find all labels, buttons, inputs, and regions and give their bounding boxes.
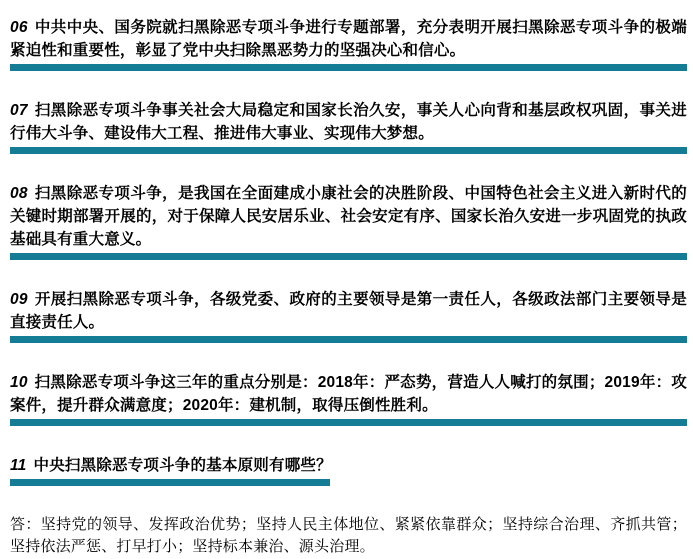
item-number: 09: [10, 291, 28, 308]
item-text: 07扫黑除恶专项斗争事关社会大局稳定和国家长治久安，事关人心向背和基层政权巩固，…: [10, 99, 687, 145]
item-number: 11: [10, 457, 27, 474]
item-body: 中央扫黑除恶专项斗争的基本原则有哪些？: [34, 457, 332, 474]
qa-item-09: 09开展扫黑除恶专项斗争，各级党委、政府的主要领导是第一责任人，各级政法部门主要…: [10, 288, 687, 343]
teal-underline: [10, 64, 687, 71]
item-body: 中共中央、国务院就扫黑除恶专项斗争进行专题部署，充分表明开展扫黑除恶专项斗争的极…: [10, 19, 687, 59]
item-number: 06: [10, 19, 28, 36]
answer-text: 答：坚持党的领导、发挥政治优势；坚持人民主体地位、紧紧依靠群众；坚持综合治理、齐…: [10, 514, 687, 558]
qa-item-07: 07扫黑除恶专项斗争事关社会大局稳定和国家长治久安，事关人心向背和基层政权巩固，…: [10, 99, 687, 154]
document-page: 06中共中央、国务院就扫黑除恶专项斗争进行专题部署，充分表明开展扫黑除恶专项斗争…: [0, 0, 693, 559]
item-text: 11中央扫黑除恶专项斗争的基本原则有哪些？: [10, 454, 687, 477]
item-body: 扫黑除恶专项斗争这三年的重点分别是：2018年：严态势，营造人人喊打的氛围；20…: [10, 374, 687, 414]
qa-item-11: 11中央扫黑除恶专项斗争的基本原则有哪些？: [10, 454, 687, 486]
item-number: 07: [10, 102, 28, 119]
teal-underline: [10, 336, 687, 343]
item-text: 08扫黑除恶专项斗争，是我国在全面建成小康社会的决胜阶段、中国特色社会主义进入新…: [10, 182, 687, 251]
item-body: 扫黑除恶专项斗争事关社会大局稳定和国家长治久安，事关人心向背和基层政权巩固，事关…: [10, 102, 687, 142]
teal-underline: [10, 253, 687, 260]
qa-item-10: 10扫黑除恶专项斗争这三年的重点分别是：2018年：严态势，营造人人喊打的氛围；…: [10, 371, 687, 426]
item-number: 10: [10, 374, 28, 391]
qa-item-08: 08扫黑除恶专项斗争，是我国在全面建成小康社会的决胜阶段、中国特色社会主义进入新…: [10, 182, 687, 260]
teal-underline: [10, 419, 687, 426]
item-text: 10扫黑除恶专项斗争这三年的重点分别是：2018年：严态势，营造人人喊打的氛围；…: [10, 371, 687, 417]
item-text: 09开展扫黑除恶专项斗争，各级党委、政府的主要领导是第一责任人，各级政法部门主要…: [10, 288, 687, 334]
teal-underline: [10, 147, 687, 154]
qa-item-06: 06中共中央、国务院就扫黑除恶专项斗争进行专题部署，充分表明开展扫黑除恶专项斗争…: [10, 16, 687, 71]
item-number: 08: [10, 185, 28, 202]
item-text: 06中共中央、国务院就扫黑除恶专项斗争进行专题部署，充分表明开展扫黑除恶专项斗争…: [10, 16, 687, 62]
item-body: 开展扫黑除恶专项斗争，各级党委、政府的主要领导是第一责任人，各级政法部门主要领导…: [10, 291, 687, 331]
teal-underline: [10, 479, 330, 486]
item-body: 扫黑除恶专项斗争，是我国在全面建成小康社会的决胜阶段、中国特色社会主义进入新时代…: [10, 185, 687, 248]
